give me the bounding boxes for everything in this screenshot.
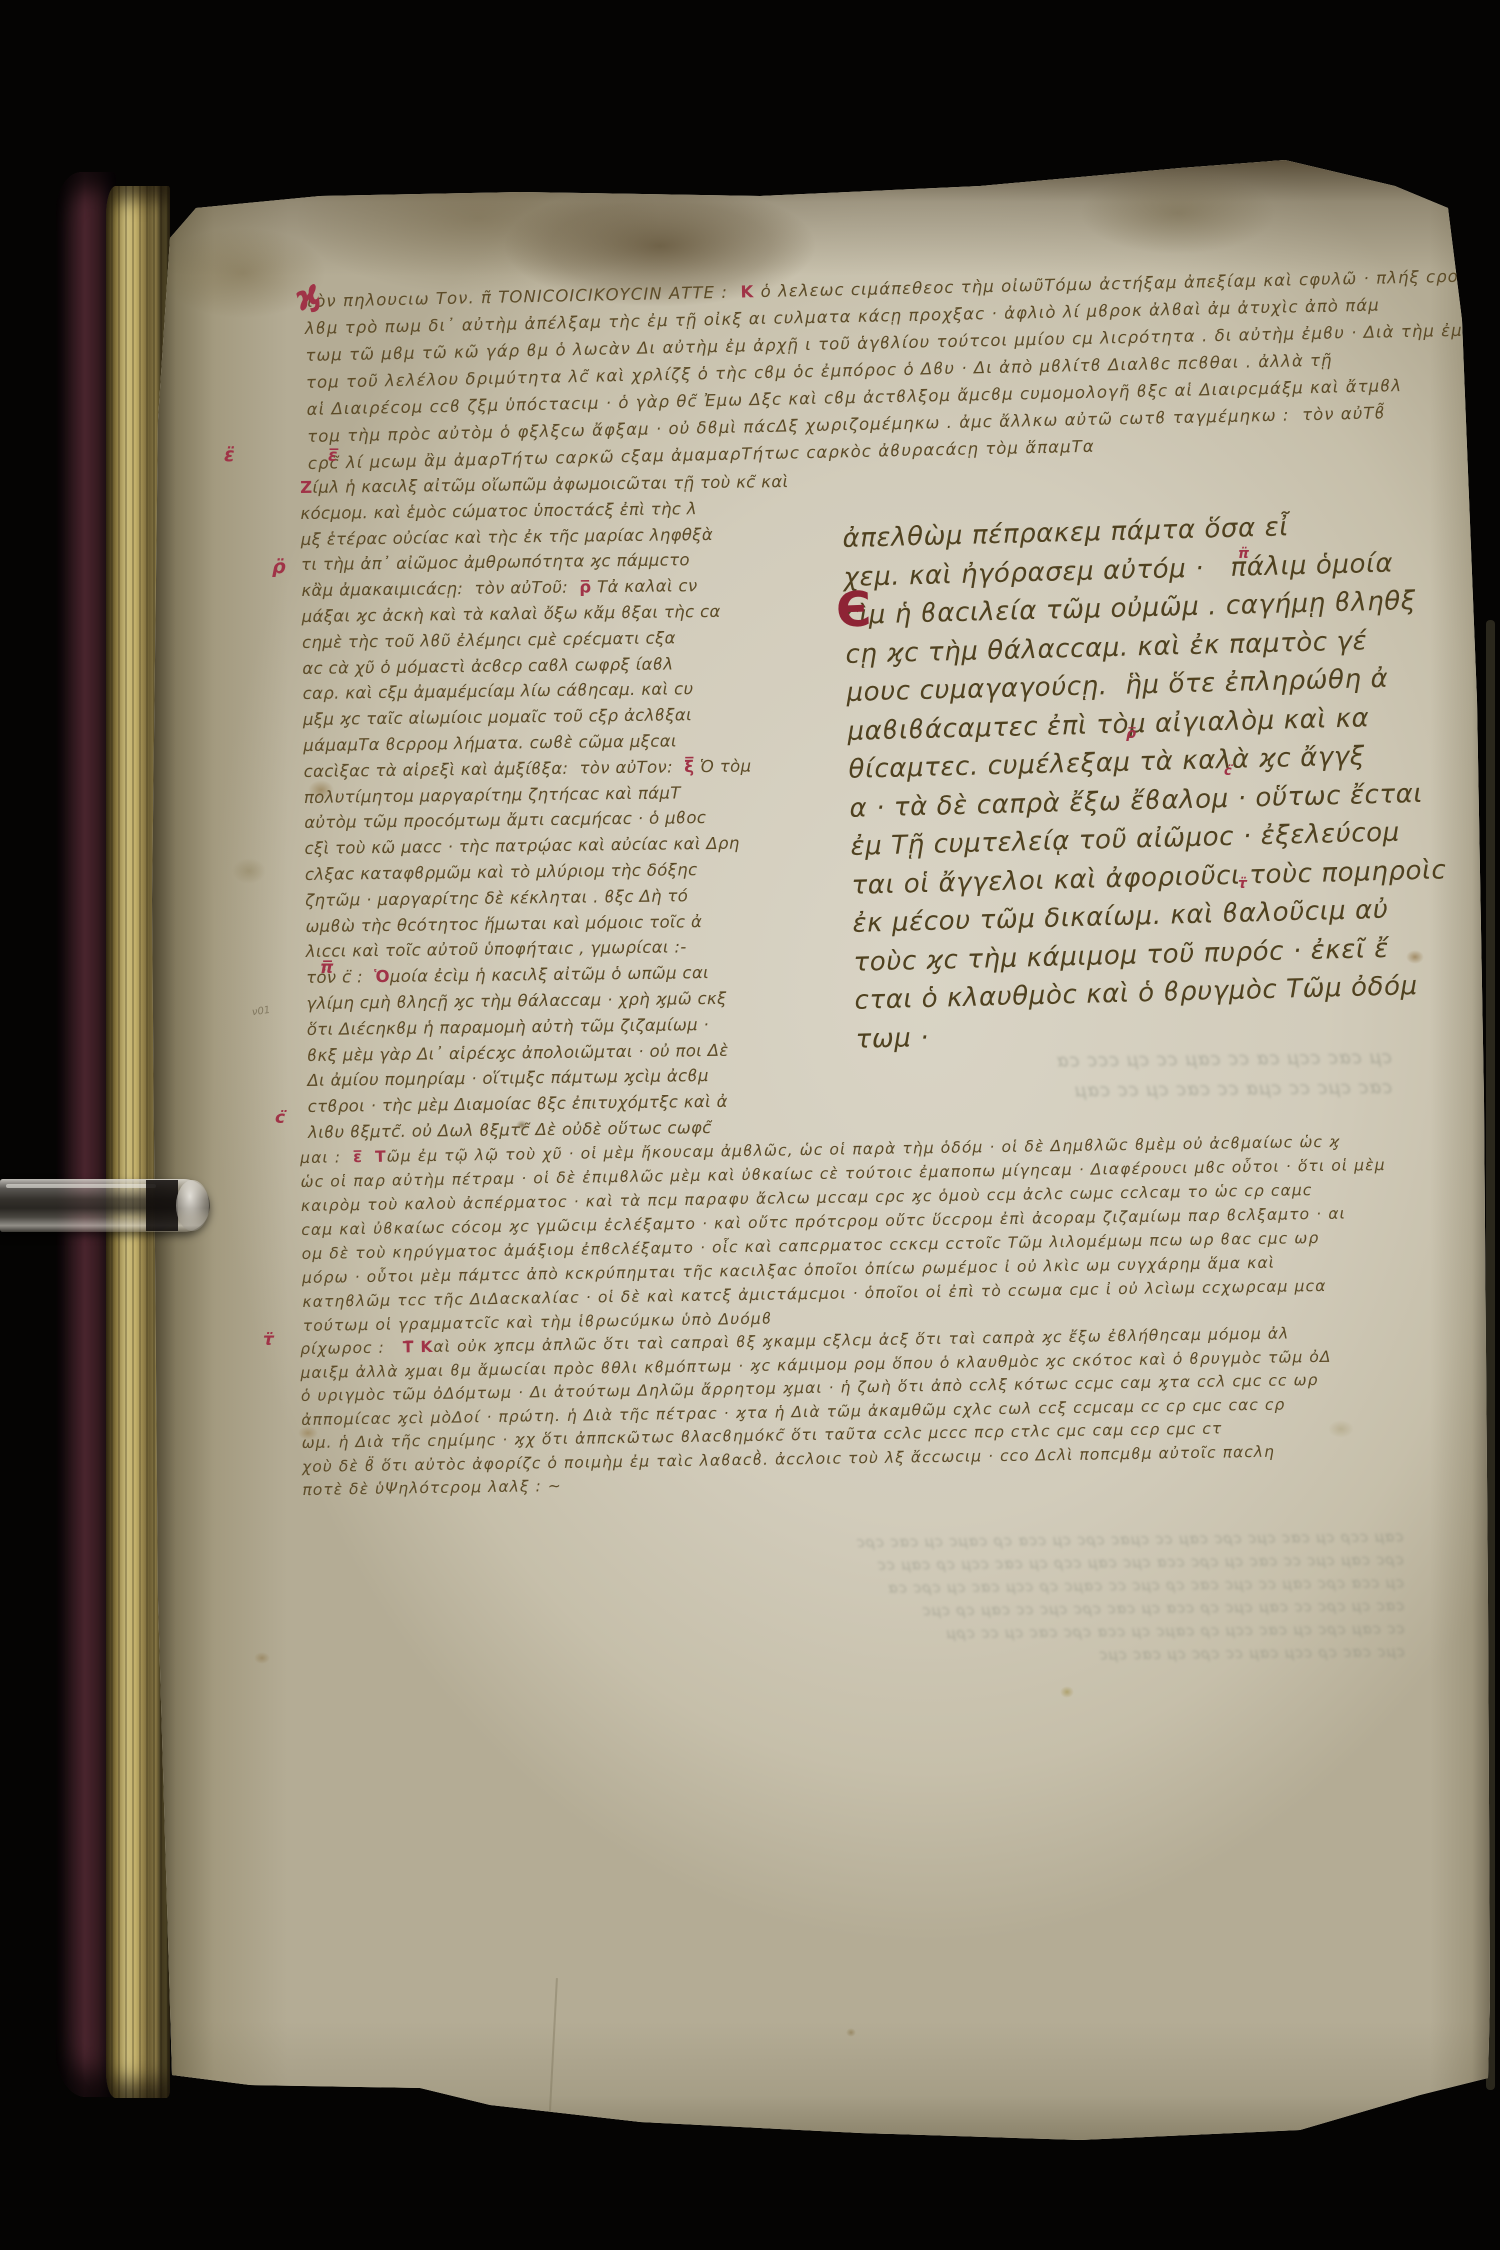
- glass-rod-dark-band: [146, 1180, 178, 1231]
- parchment-crease: [548, 1978, 558, 2128]
- superscript-mark-pi: π̈: [1238, 546, 1249, 562]
- foxing-spot: [846, 2028, 856, 2037]
- foxing-spot: [232, 858, 266, 884]
- foxing-spot: [1060, 1686, 1074, 1698]
- superscript-mark-tau: τ̈: [1238, 876, 1247, 892]
- parchment-page: ϲμ ϲαϲ ϲϲμ ϲα ϲϲ ϲαμ ϲϲ ϲμ ϲϲϲ ϲαϲαϲ ϲμϲ…: [148, 158, 1492, 2146]
- rubric-letter: Κ: [420, 1338, 433, 1356]
- marginal-quire-mark: ε̈: [224, 444, 235, 466]
- marginal-mark-rho: ρ̈: [272, 556, 286, 578]
- superscript-mark-rho: ρ̅: [1126, 726, 1136, 742]
- marginal-mark-sigma: ϲ̈: [275, 1108, 285, 1128]
- commentary-top-block: τὸν πηλουϲιω Τον. π̃ ΤΟΝΙCΟΙCΙΚΟΥCΙΝ ΑΤΤ…: [304, 264, 1393, 477]
- glass-rod-tip: [176, 1180, 209, 1231]
- commentary-left-column: Ζίμλ ἡ καϲιλξ αἰτῶμ οἴωπῶμ ἀφωμοιϲῶται τ…: [300, 469, 838, 1146]
- rubric-letter: ξ̅: [684, 757, 694, 776]
- commentary-mid-block: μαι : ε̅ Τῶμ ἐμ τῷ λῷ τοὺ χῦ · οἱ μὲμ ἤκ…: [300, 1129, 1398, 1338]
- gospel-lemma-column: ἀπελθὼμ πέπρακεμ πάμτα ὅσα εἶχεμ. καὶ ἠγ…: [842, 506, 1396, 1059]
- rubric-letter: Τ̅: [403, 1338, 415, 1356]
- manuscript-line: ϲαϲ ϲμϲ ϲϲ ϲμα ϲϲ ϲαϲ ϲμ ϲϲ ϲαμ: [852, 1073, 1392, 1109]
- superscript-mark-sigma: ϲ̈: [1224, 764, 1232, 779]
- glass-rod-highlight: [6, 1184, 156, 1188]
- foxing-spot: [254, 1652, 270, 1664]
- photograph: { "colors": { "bg": "#050403", "ink": "#…: [0, 0, 1500, 2250]
- marginal-mark-epsilon: ε̅: [328, 446, 337, 466]
- rubric-letter: ρ̅: [579, 578, 591, 597]
- rubric-letter: Ὁ: [374, 967, 390, 986]
- rubric-letter: Ζ: [300, 478, 313, 497]
- marginal-mark-pi: π̅: [320, 958, 333, 978]
- rubric-letter: ε̅: [353, 1148, 363, 1166]
- rubric-letter: Κ: [740, 282, 754, 301]
- rubric-letter: Τ: [375, 1148, 387, 1166]
- ink-showthrough-bottom: ϲαμ ϲϲρ ϲμ ϲαϲ ϲμϲ ϲρϲ ϲαμ ϲϲ ϲμαϲ ϲρϲ ϲ…: [703, 1526, 1404, 1671]
- rubric-initial-epsilon: Є: [835, 581, 872, 638]
- foliation-mark: ν01: [251, 1005, 271, 1018]
- commentary-bottom-block: ρίχωροϲ : Τ̅ Καὶ οὐκ ϗπϲμ ἀπλῶϲ ὅτι ταὶ …: [300, 1321, 1397, 1503]
- foxing-spot: [1406, 950, 1424, 964]
- marginal-mark-tau: τ̈: [263, 1330, 274, 1350]
